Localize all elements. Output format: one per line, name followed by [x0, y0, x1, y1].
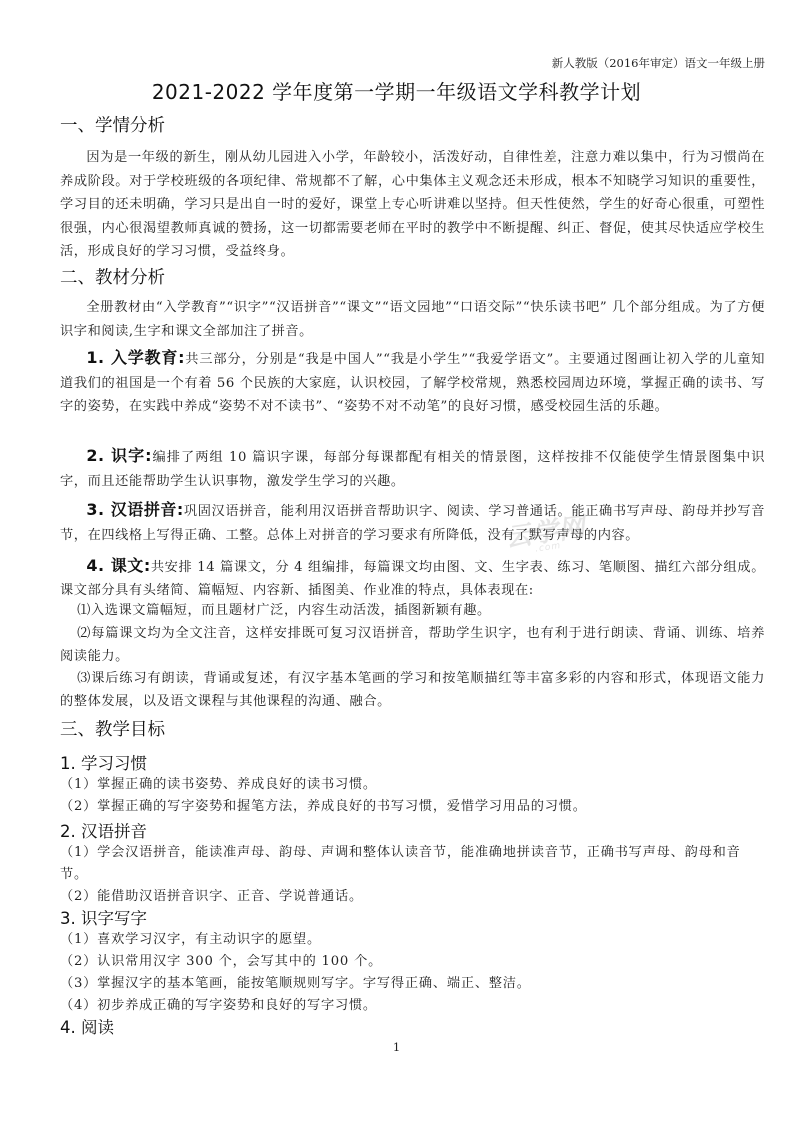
goal-item-study-habits-2: （2）掌握正确的写字姿势和握笔方法，养成良好的书写习惯，爱惜学习用品的习惯。 — [60, 796, 765, 818]
goal-item-literacy-writing-4: （4）初步养成正确的写字姿势和良好的写字习惯。 — [60, 995, 765, 1017]
document-page: 新人教版（2016年审定）语文一年级上册 2021-2022 学年度第一学期一年… — [0, 0, 793, 1122]
part-lead-pinyin: 3. 汉语拼音: — [86, 500, 183, 519]
edition-header-note: 新人教版（2016年审定）语文一年级上册 — [552, 55, 765, 71]
paragraph-textbook-intro: 全册教材由“入学教育”“识字”“汉语拼音”“课文”“语文园地”“口语交际”“快乐… — [60, 296, 765, 343]
paragraph-part-entrance-education: 1. 入学教育:共三部分，分别是“我是中国人”“我是小学生”“我爱学语文”。主要… — [60, 346, 765, 419]
goal-item-literacy-writing-1: （1）喜欢学习汉字，有主动识字的愿望。 — [60, 929, 765, 951]
document-title: 2021-2022 学年度第一学期一年级语文学科教学计划 — [0, 76, 793, 105]
part-text-literacy: 编排了两组 10 篇识字课，每部分每课都配有相关的情景图，这样按排不仅能使学生情… — [60, 450, 765, 489]
goal-item-literacy-writing-3: （3）掌握汉字的基本笔画，能按笔顺规则写字。字写得正确、端正、整洁。 — [60, 973, 765, 995]
page-number: 1 — [0, 1040, 793, 1054]
part-lead-texts: 4. 课文: — [86, 556, 150, 575]
part-text-texts: 共安排 14 篇课文，分 4 组编排，每篇课文均由图、文、生字表、练习、笔顺图、… — [60, 560, 765, 598]
section-heading-teaching-goals: 三、教学目标 — [60, 716, 165, 741]
part-lead-literacy: 2. 识字: — [86, 446, 152, 465]
part-lead-entrance-education: 1. 入学教育: — [86, 348, 185, 367]
goal-heading-pinyin: 2. 汉语拼音 — [60, 818, 147, 842]
goal-item-pinyin-1: （1）学会汉语拼音，能读准声母、韵母、声调和整体认读音节，能准确地拼读音节，正确… — [60, 842, 765, 885]
paragraph-part-texts: 4. 课文:共安排 14 篇课文，分 4 组编排，每篇课文均由图、文、生字表、练… — [60, 555, 765, 602]
texts-point-2: ⑵每篇课文均为全文注音，这样安排既可复习汉语拼音，帮助学生识字，也有利于进行朗读… — [60, 623, 765, 668]
goal-heading-literacy-writing: 3. 识字写字 — [60, 905, 147, 929]
paragraph-part-literacy: 2. 识字:编排了两组 10 篇识字课，每部分每课都配有相关的情景图，这样按排不… — [60, 444, 765, 493]
texts-point-3: ⑶课后练习有朗读，背诵或复述，有汉字基本笔画的学习和按笔顺描红等丰富多彩的内容和… — [60, 668, 765, 713]
texts-point-1: ⑴入选课文篇幅短，而且题材广泛，内容生动活泼，插图新颖有趣。 — [60, 600, 765, 623]
section-heading-textbook-analysis: 二、教材分析 — [60, 264, 165, 289]
goal-heading-study-habits: 1. 学习习惯 — [60, 750, 147, 774]
goal-item-literacy-writing-2: （2）认识常用汉字 300 个，会写其中的 100 个。 — [60, 951, 765, 973]
paragraph-learning-analysis: 因为是一年级的新生，刚从幼儿园进入小学，年龄较小，活泼好动，自律性差，注意力难以… — [60, 146, 765, 264]
goal-item-pinyin-2: （2）能借助汉语拼音识字、正音、学说普通话。 — [60, 886, 765, 908]
goal-heading-reading: 4. 阅读 — [60, 1014, 114, 1038]
section-heading-learning-analysis: 一、学情分析 — [60, 112, 165, 137]
goal-item-study-habits-1: （1）掌握正确的读书姿势、养成良好的读书习惯。 — [60, 774, 765, 796]
paragraph-part-pinyin: 3. 汉语拼音:巩固汉语拼音，能利用汉语拼音帮助识字、阅读、学习普通话。能正确书… — [60, 498, 765, 547]
